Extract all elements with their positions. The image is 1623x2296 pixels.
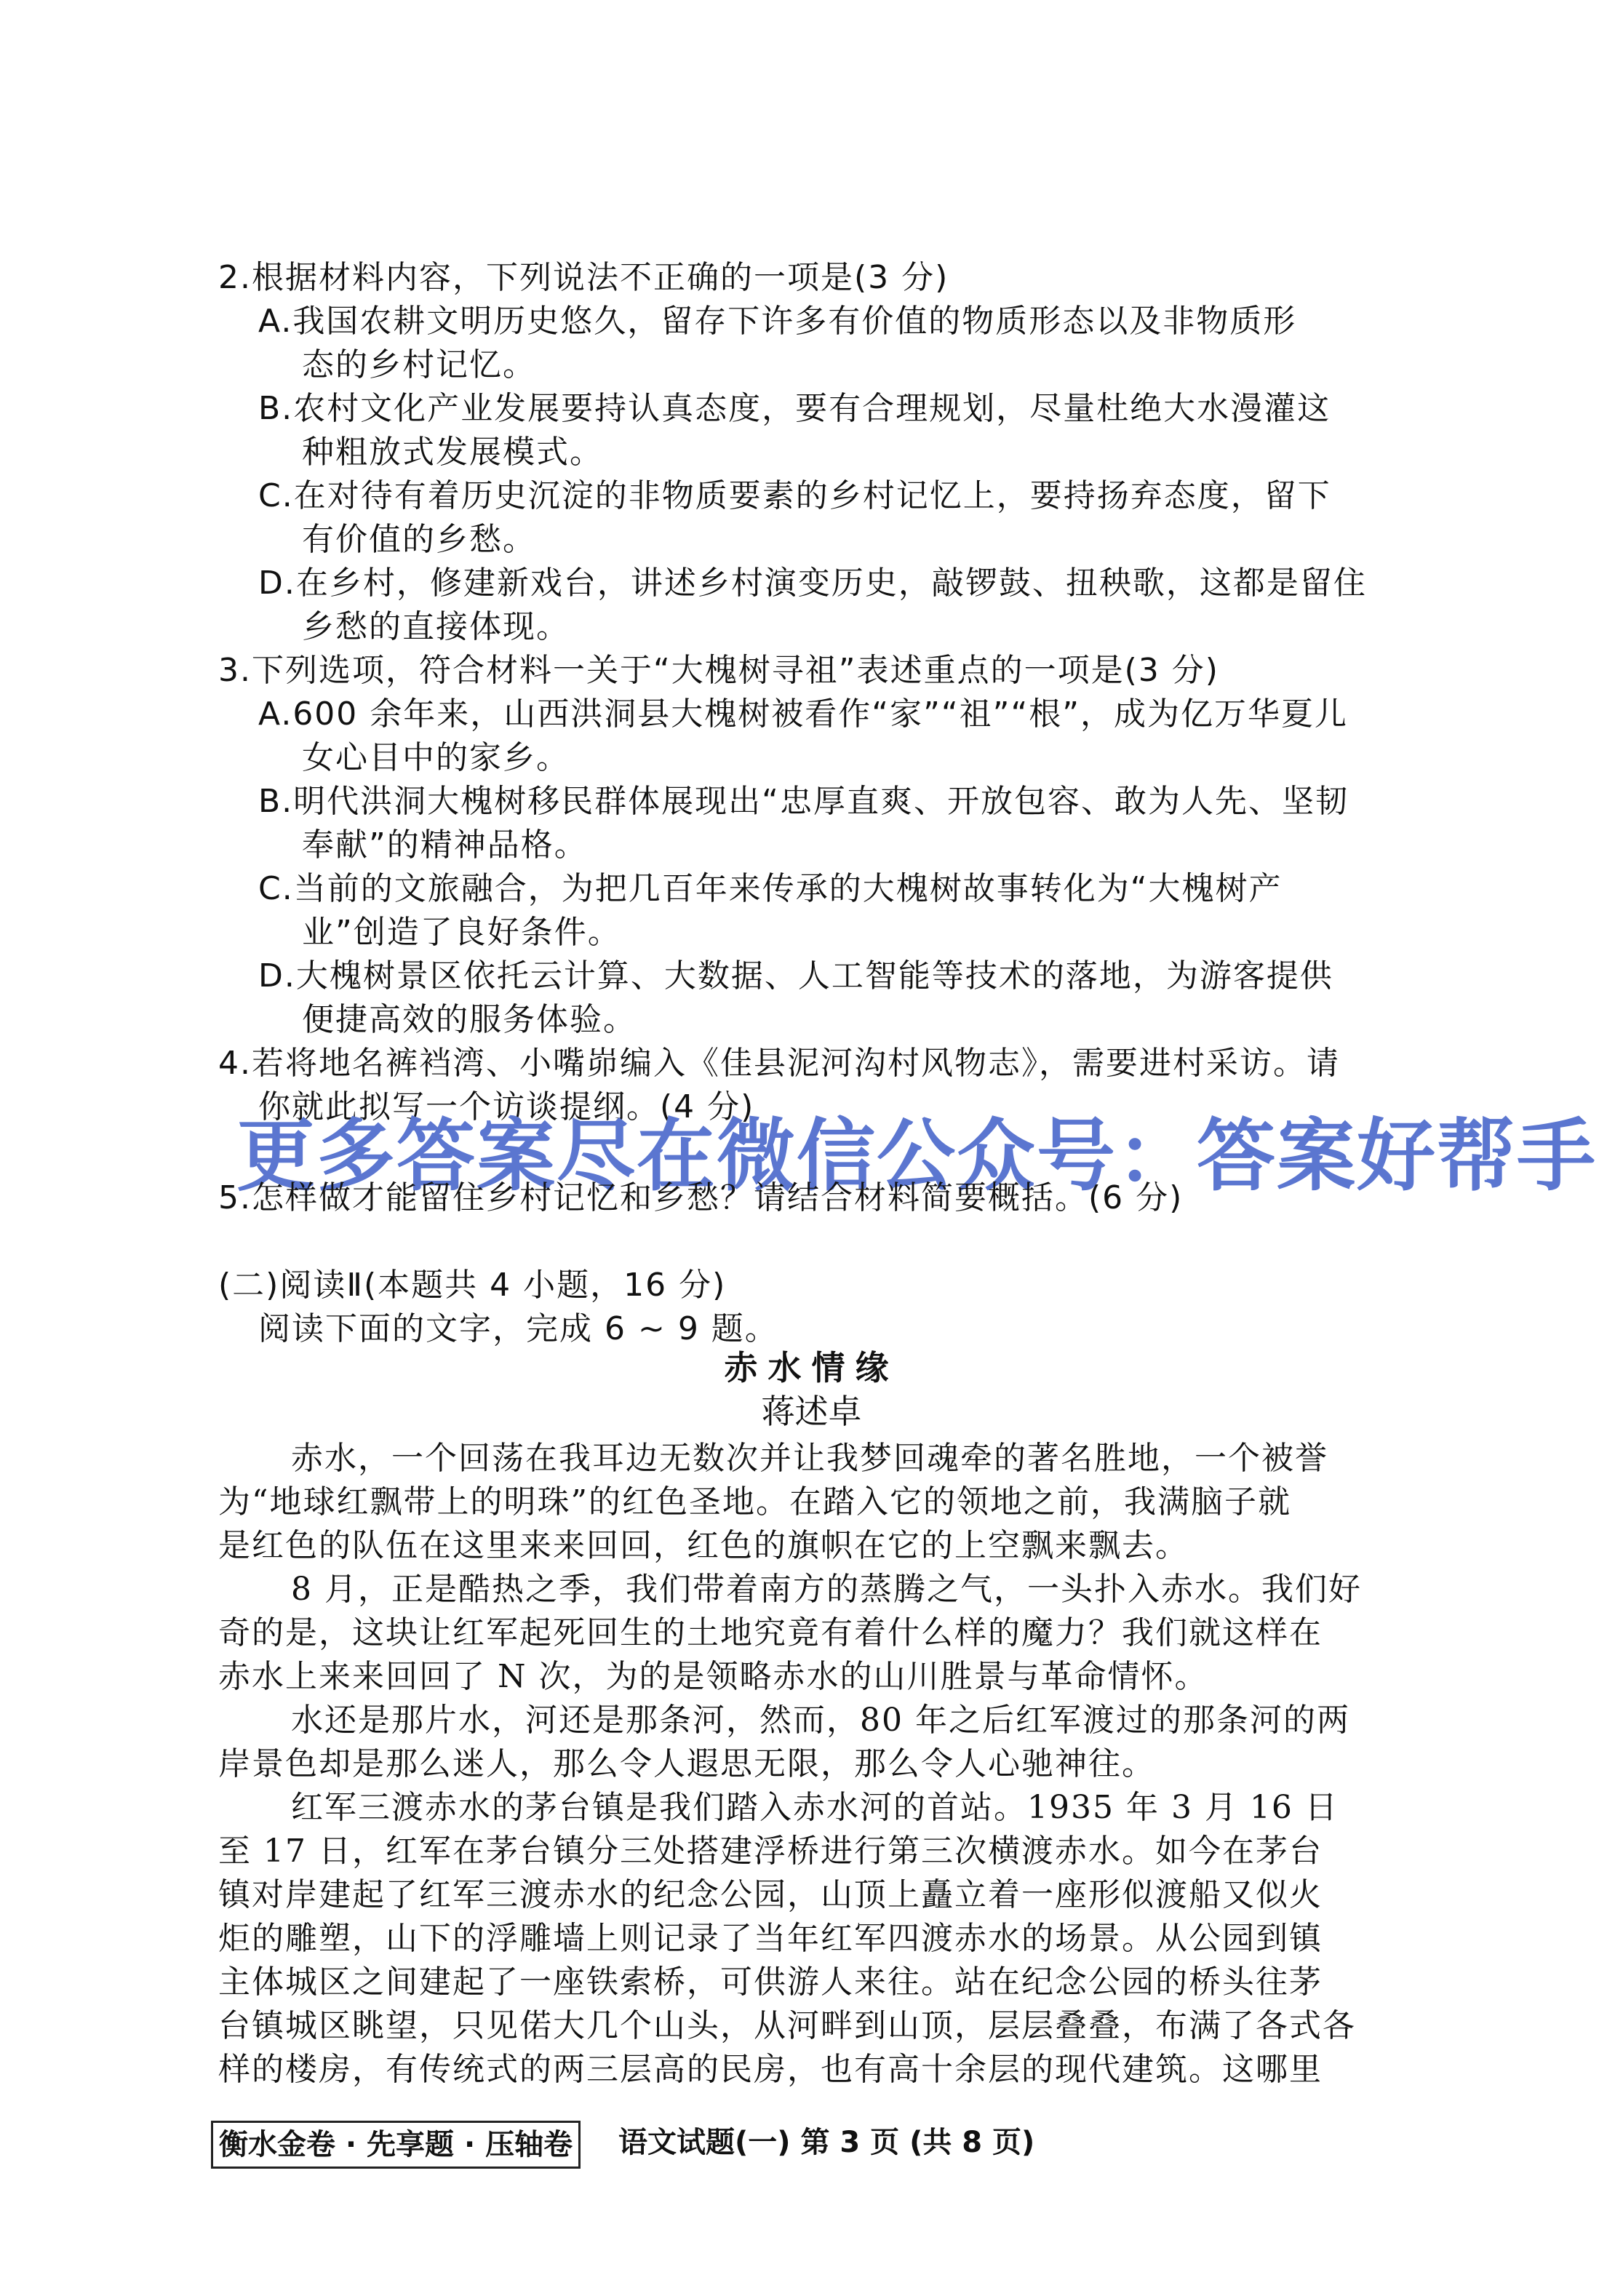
article-line: 样的楼房，有传统式的两三层高的民房，也有高十余层的现代建筑。这哪里: [218, 2048, 1323, 2092]
question-2-option-b: B.农村文化产业发展要持认真态度，要有合理规划，尽量杜绝大水漫灌这: [258, 387, 1331, 431]
footer-series-label: 衡水金卷 · 先享题 · 压轴卷: [211, 2121, 581, 2169]
option-text: 大槐树景区依托云计算、大数据、人工智能等技术的落地，为游客提供: [296, 957, 1333, 994]
option-text: 农村文化产业发展要持认真态度，要有合理规划，尽量杜绝大水漫灌这: [293, 390, 1331, 427]
option-label: D.: [258, 957, 296, 994]
question-3-option-c-cont: 业”创造了良好条件。: [302, 911, 621, 954]
article-line: 镇对岸建起了红军三渡赤水的纪念公园，山顶上矗立着一座形似渡船又似火: [218, 1873, 1323, 1917]
option-text: 我国农耕文明历史悠久，留存下许多有价值的物质形态以及非物质形: [292, 303, 1296, 340]
option-label: C.: [258, 477, 294, 514]
question-2-option-a: A.我国农耕文明历史悠久，留存下许多有价值的物质形态以及非物质形: [258, 300, 1296, 343]
article-line: 8 月，正是酷热之季，我们带着南方的蒸腾之气，一头扑入赤水。我们好: [291, 1568, 1362, 1611]
section-heading: (二)阅读Ⅱ(本题共 4 小题，16 分): [218, 1264, 726, 1307]
section-instruction: 阅读下面的文字，完成 6 ~ 9 题。: [258, 1307, 778, 1351]
question-number: 3.: [218, 652, 252, 689]
question-text: 根据材料内容，下列说法不正确的一项是(3 分): [252, 259, 949, 296]
question-3-option-b: B.明代洪洞大槐树移民群体展现出“忠厚直爽、开放包容、敢为人先、坚韧: [258, 780, 1349, 824]
question-3-option-d-cont: 便捷高效的服务体验。: [302, 998, 637, 1042]
article-line: 岸景色却是那么迷人，那么令人遐思无限，那么令人心驰神往。: [218, 1742, 1155, 1786]
option-text: 在乡村，修建新戏台，讲述乡村演变历史，敲锣鼓、扭秧歌，这都是留住: [296, 565, 1367, 602]
option-text: 600 余年来，山西洪洞县大槐树被看作“家”“祖”“根”，成为亿万华夏儿: [292, 695, 1348, 733]
option-label: C.: [258, 870, 294, 907]
question-2-stem: 2.根据材料内容，下列说法不正确的一项是(3 分): [218, 256, 949, 300]
question-2-option-c: C.在对待有着历史沉淀的非物质要素的乡村记忆上，要持扬弃态度，留下: [258, 474, 1331, 518]
question-2-option-d-cont: 乡愁的直接体现。: [302, 605, 570, 649]
question-text: 下列选项，符合材料一关于“大槐树寻祖”表述重点的一项是(3 分): [252, 652, 1219, 689]
option-label: D.: [258, 565, 296, 602]
option-label: A.: [258, 303, 292, 340]
option-label: A.: [258, 695, 292, 733]
question-3-option-c: C.当前的文旅融合，为把几百年来传承的大槐树故事转化为“大槐树产: [258, 867, 1283, 911]
question-text: 若将地名裤裆湾、小嘴峁编入《佳县泥河沟村风物志》，需要进村采访。请: [252, 1045, 1340, 1082]
question-text: 怎样做才能留住乡村记忆和乡愁？请结合材料简要概括。(6 分): [252, 1179, 1183, 1216]
question-number: 5.: [218, 1179, 252, 1216]
article-line: 赤水，一个回荡在我耳边无数次并让我梦回魂牵的著名胜地，一个被誉: [291, 1437, 1328, 1480]
question-3-option-d: D.大槐树景区依托云计算、大数据、人工智能等技术的落地，为游客提供: [258, 954, 1333, 998]
option-text: 在对待有着历史沉淀的非物质要素的乡村记忆上，要持扬弃态度，留下: [294, 477, 1331, 514]
question-2-option-b-cont: 种粗放式发展模式。: [302, 431, 603, 474]
question-3-option-b-cont: 奉献”的精神品格。: [302, 824, 588, 867]
question-2-option-c-cont: 有价值的乡愁。: [302, 518, 536, 562]
question-3-stem: 3.下列选项，符合材料一关于“大槐树寻祖”表述重点的一项是(3 分): [218, 649, 1219, 693]
article-line: 是红色的队伍在这里来来回回，红色的旗帜在它的上空飘来飘去。: [218, 1524, 1189, 1568]
question-4-stem: 4.若将地名裤裆湾、小嘴峁编入《佳县泥河沟村风物志》，需要进村采访。请: [218, 1042, 1340, 1085]
article-line: 奇的是，这块让红军起死回生的土地究竟有着什么样的魔力？我们就这样在: [218, 1611, 1323, 1655]
article-line: 赤水上来来回回了 N 次，为的是领略赤水的山川胜景与革命情怀。: [218, 1655, 1208, 1699]
question-2-option-a-cont: 态的乡村记忆。: [302, 343, 536, 387]
option-label: B.: [258, 783, 293, 820]
article-author: 蒋述卓: [0, 1390, 1623, 1433]
article-line: 炬的雕塑，山下的浮雕墙上则记录了当年红军四渡赤水的场景。从公园到镇: [218, 1917, 1323, 1961]
article-title: 赤水情缘: [0, 1346, 1623, 1390]
article-line: 至 17 日，红军在茅台镇分三处搭建浮桥进行第三次横渡赤水。如今在茅台: [218, 1830, 1323, 1873]
question-3-option-a-cont: 女心目中的家乡。: [302, 736, 570, 780]
article-line: 主体城区之间建起了一座铁索桥，可供游人来往。站在纪念公园的桥头往茅: [218, 1961, 1323, 2004]
question-5-stem: 5.怎样做才能留住乡村记忆和乡愁？请结合材料简要概括。(6 分): [218, 1176, 1183, 1220]
option-text: 明代洪洞大槐树移民群体展现出“忠厚直爽、开放包容、敢为人先、坚韧: [293, 783, 1349, 820]
article-line: 台镇城区眺望，只见偌大几个山头，从河畔到山顶，层层叠叠，布满了各式各: [218, 2004, 1356, 2048]
option-text: 当前的文旅融合，为把几百年来传承的大槐树故事转化为“大槐树产: [294, 870, 1283, 907]
article-line: 为“地球红飘带上的明珠”的红色圣地。在踏入它的领地之前，我满脑子就: [218, 1480, 1291, 1524]
article-line: 红军三渡赤水的茅台镇是我们踏入赤水河的首站。1935 年 3 月 16 日: [291, 1786, 1339, 1830]
question-2-option-d: D.在乡村，修建新戏台，讲述乡村演变历史，敲锣鼓、扭秧歌，这都是留住: [258, 562, 1367, 605]
question-3-option-a: A.600 余年来，山西洪洞县大槐树被看作“家”“祖”“根”，成为亿万华夏儿: [258, 693, 1348, 736]
option-label: B.: [258, 390, 293, 427]
footer-page-number: 语文试题(一) 第 3 页 (共 8 页): [618, 2121, 1034, 2164]
article-line: 水还是那片水，河还是那条河，然而，80 年之后红军渡过的那条河的两: [291, 1699, 1350, 1742]
question-number: 4.: [218, 1045, 252, 1082]
question-number: 2.: [218, 259, 252, 296]
